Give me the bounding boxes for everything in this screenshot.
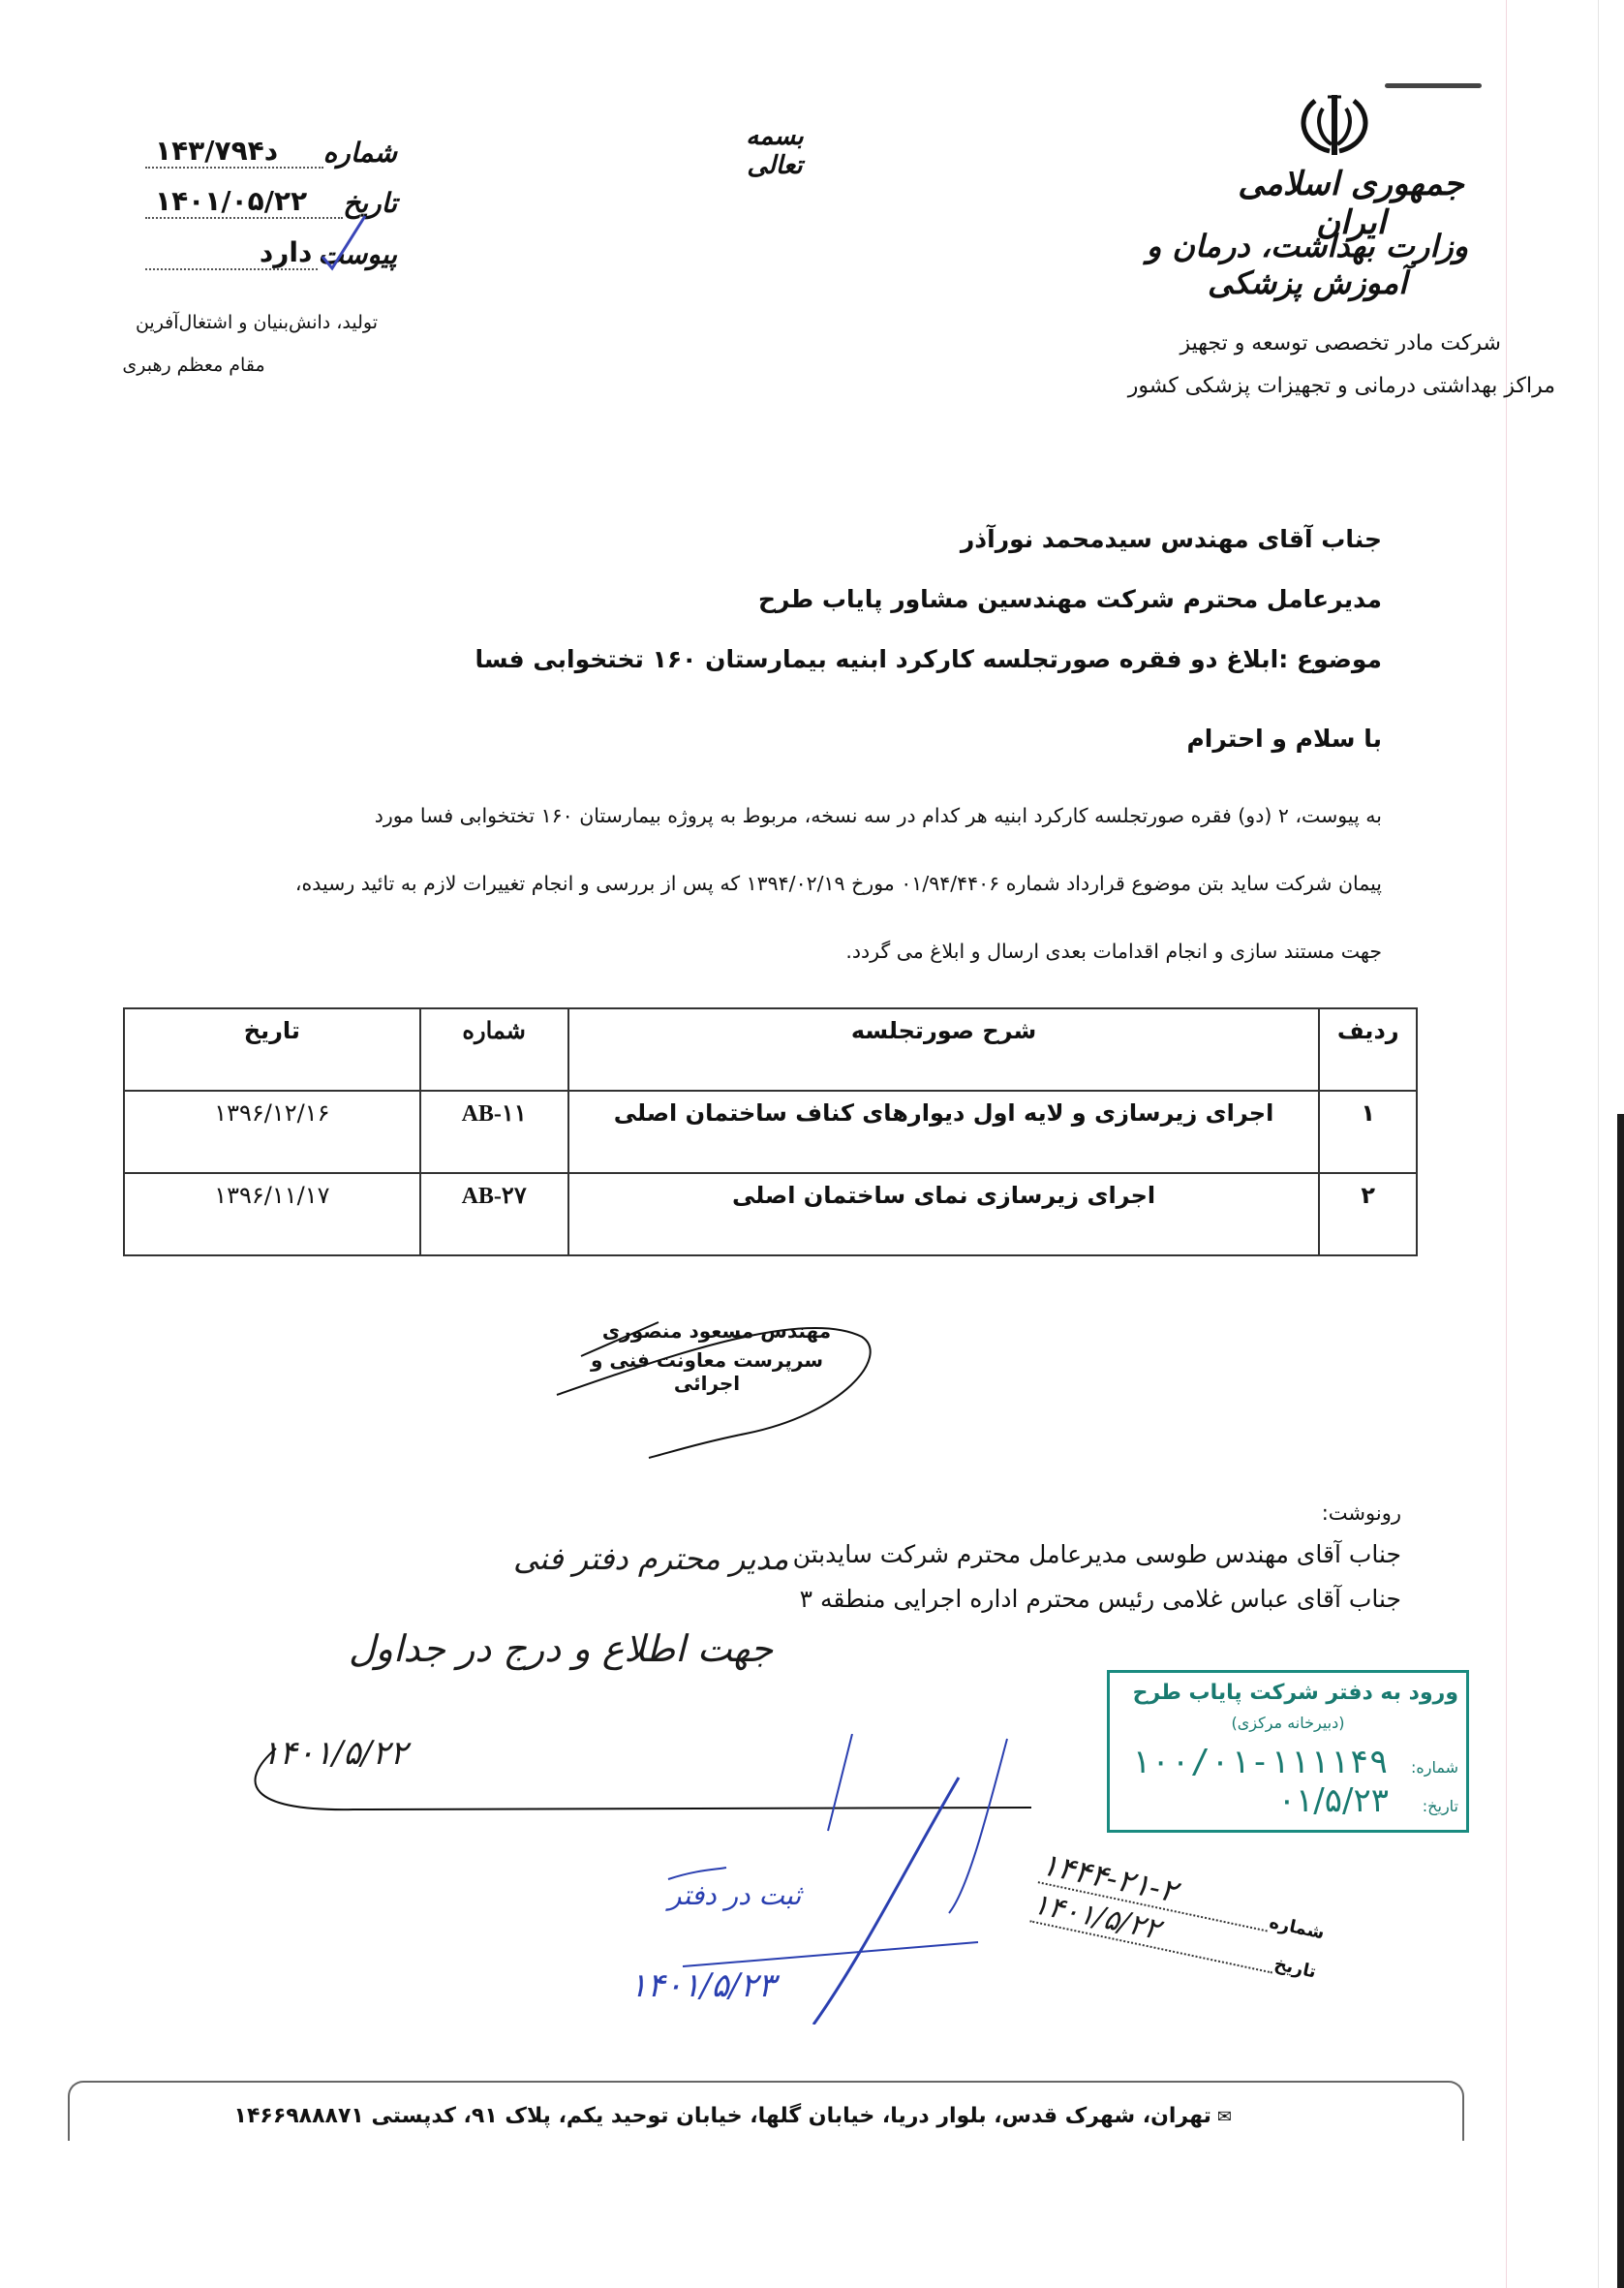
ministry-name: وزارت بهداشت، درمان و آموزش پزشکی: [1143, 228, 1472, 301]
organization-line-1: شرکت مادر تخصصی توسعه و تجهیز: [1123, 331, 1501, 356]
header-date: تاریخ: [124, 1008, 420, 1091]
header-number: شماره: [420, 1008, 568, 1091]
organization-line-2: مراکز بهداشتی درمانی و تجهیزات پزشکی کشو…: [1056, 374, 1555, 398]
reference-number-label: شماره: [323, 137, 397, 169]
greeting: با سلام و احترام: [1186, 725, 1382, 753]
reference-date-value: ۱۴۰۱/۰۵/۲۲: [145, 186, 343, 219]
cc-label: رونوشت:: [1322, 1501, 1401, 1525]
reference-attachment-value: دارد: [145, 237, 318, 270]
cell-date: ۱۳۹۶/۱۲/۱۶: [124, 1091, 420, 1173]
handwritten-note: جهت اطلاع و درج در جداول: [349, 1627, 773, 1670]
registration-mark: شماره ۱۴۴۴-۲۱-۲ تاریخ ۱۴۰۱/۵/۲۲: [1029, 1845, 1330, 1983]
stamp-subtitle: (دبیرخانه مرکزی): [1110, 1714, 1466, 1732]
body-line-2: پیمان شرکت ساید بتن موضوع قرارداد شماره …: [162, 872, 1382, 895]
cell-row-number: ۱: [1319, 1091, 1417, 1173]
decorative-bar: [1385, 83, 1482, 88]
received-stamp: ورود به دفتر شرکت پایاب طرح (دبیرخانه مر…: [1107, 1670, 1469, 1833]
body-line-1: به پیوست، ۲ (دو) فقره صورتجلسه کارکرد اب…: [162, 804, 1382, 827]
scan-margin-line: [1506, 0, 1507, 2288]
table-row: ۱ اجرای زیرسازی و لایه اول دیوارهای کناف…: [124, 1091, 1417, 1173]
envelope-icon: ✉: [1217, 2107, 1232, 2127]
cc-item: جناب آقای مهندس طوسی مدیرعامل محترم شرکت…: [793, 1540, 1401, 1568]
header-row-number: ردیف: [1319, 1008, 1417, 1091]
slogan-text: تولید، دانش‌بنیان و اشتغال‌آفرین: [97, 312, 378, 333]
stamp-date: ۰۱/۵/۲۳: [1278, 1781, 1389, 1820]
cell-description: اجرای زیرسازی نمای ساختمان اصلی: [568, 1173, 1320, 1255]
checkmark-icon: [315, 208, 373, 276]
letter-subject: موضوع :ابلاغ دو فقره صورتجلسه کارکرد ابن…: [475, 645, 1382, 673]
scan-edge: [1617, 1114, 1624, 2288]
signatory-title: سرپرست معاونت فنی و اجرائی: [562, 1348, 852, 1395]
cc-item: جناب آقای عباس غلامی رئیس محترم اداره اج…: [800, 1585, 1401, 1613]
cell-number: AB-۱۱: [420, 1091, 568, 1173]
header-description: شرح صورتجلسه: [568, 1008, 1320, 1091]
minutes-table: ردیف شرح صورتجلسه شماره تاریخ ۱ اجرای زی…: [123, 1007, 1418, 1256]
cell-date: ۱۳۹۶/۱۱/۱۷: [124, 1173, 420, 1255]
handwritten-note: مدیر محترم دفتر فنی: [513, 1540, 788, 1577]
invocation: بسمه تعالی: [717, 122, 833, 180]
registration-date-label: تاریخ: [1272, 1954, 1318, 1983]
table-row: ۲ اجرای زیرسازی نمای ساختمان اصلی AB-۲۷ …: [124, 1173, 1417, 1255]
cell-number: AB-۲۷: [420, 1173, 568, 1255]
cell-row-number: ۲: [1319, 1173, 1417, 1255]
scan-margin-line: [1598, 0, 1599, 2288]
stamp-number: ۱۰۰/۰۱-۱۱۱۱۴۹: [1131, 1743, 1389, 1781]
stamp-date-label: تاریخ:: [1423, 1797, 1458, 1815]
addressee-name: جناب آقای مهندس سیدمحمد نورآذر: [961, 525, 1382, 553]
stamp-number-label: شماره:: [1411, 1758, 1458, 1777]
signatory-name: مهندس مسعود منصوری: [581, 1319, 852, 1343]
handwritten-note: ثبت در دفتر: [668, 1879, 801, 1911]
footer-address-text: تهران، شهرک قدس، بلوار دریا، خیابان گلها…: [234, 2104, 1211, 2128]
reference-number: شماره ۱۴۳/۷۹۴د: [145, 136, 397, 169]
slogan-attribution: مقام معظم رهبری: [97, 355, 291, 376]
body-line-3: جهت مستند سازی و انجام اقدامات بعدی ارسا…: [162, 940, 1382, 963]
iran-emblem-icon: [1291, 91, 1378, 159]
addressee-title: مدیرعامل محترم شرکت مهندسین مشاور پایاب …: [758, 585, 1382, 613]
handwritten-date: ۱۴۰۱/۵/۲۳: [629, 1966, 776, 2005]
cell-description: اجرای زیرسازی و لایه اول دیوارهای کناف س…: [568, 1091, 1320, 1173]
footer-address: ✉تهران، شهرک قدس، بلوار دریا، خیابان گله…: [234, 2104, 1232, 2128]
reference-number-value: ۱۴۳/۷۹۴د: [145, 136, 323, 169]
table-header-row: ردیف شرح صورتجلسه شماره تاریخ: [124, 1008, 1417, 1091]
stamp-title: ورود به دفتر شرکت پایاب طرح: [1133, 1681, 1458, 1705]
